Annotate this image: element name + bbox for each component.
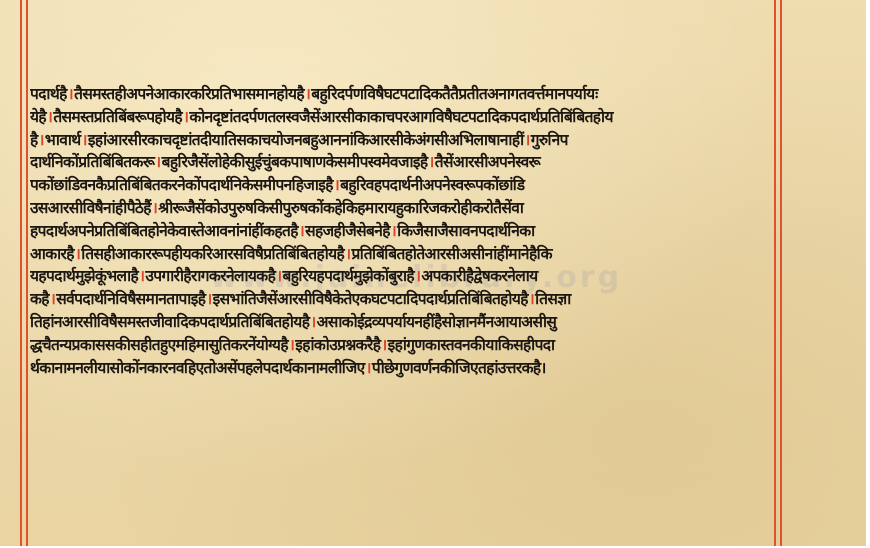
text-segment: पीछेगुणवर्णनकीजिएतहांउत्तरकहै। — [372, 359, 546, 377]
danda-mark: । — [428, 153, 435, 171]
manuscript-line: तिहांनआरसीविषैसमस्तजीवादिकपदार्थप्रतिबिं… — [30, 311, 772, 334]
text-segment: उपगारीहैरागकरनेलायकहै — [145, 267, 275, 285]
text-segment: हपदार्थअपनेप्रतिबिंबितहोनेकेवास्तेआवनांन… — [30, 222, 298, 240]
manuscript-line: आकारहै।तिसहीआकाररूपहीयकरिआरसविषैप्रतिबिं… — [30, 243, 772, 266]
text-segment: है — [30, 131, 38, 149]
danda-mark: । — [67, 85, 74, 103]
text-segment: बहुरिवहपदार्थनीअपनेस्वरूपकोंछांडि — [340, 176, 524, 194]
manuscript-line: पकोंछांडिवनकैप्रतिबिंबितकरनेकोंपदार्थनिक… — [30, 174, 772, 197]
danda-mark: । — [154, 153, 161, 171]
right-margin-rule-outer — [780, 0, 782, 546]
text-segment: भावार्थ — [45, 131, 81, 149]
manuscript-text: पदार्थहै।तैसमस्तहीअपनेआकारकरिप्रतिभासमान… — [30, 83, 772, 379]
manuscript-line: हपदार्थअपनेप्रतिबिंबितहोनेकेवास्तेआवनांन… — [30, 220, 772, 243]
text-segment: पकोंछांडिवनकैप्रतिबिंबितकरनेकोंपदार्थनिक… — [30, 176, 333, 194]
danda-mark: । — [81, 131, 88, 149]
text-segment: पदार्थहै — [30, 85, 67, 103]
text-segment: आकारहै — [30, 245, 74, 263]
text-segment: असाकोईद्रव्यपर्यायनहींहैसोज्ञानमैंनआयाअस… — [317, 313, 557, 331]
manuscript-line: द्धचैतन्यप्रकाससकीसहीतहुएमहिमासुतिकरनेंय… — [30, 334, 772, 357]
text-segment: किजैसाजैसावनपदार्थनिका — [397, 222, 534, 240]
text-segment: बहुरिजैसेंलोहेकीसुईचुंबकपाषाणकेसमीपस्वमे… — [162, 153, 428, 171]
text-segment: तिसहीआकाररूपहीयकरिआरसविषैप्रतिबिंबितहोयह… — [81, 245, 344, 263]
text-segment: बहुरियहपदार्थमुझेकोंबुराहै — [283, 267, 415, 285]
text-segment: उसआरसीविषैनांहीपैठेहैं — [30, 199, 151, 217]
text-segment: तैसमस्तप्रतिबिंबरूपहोयहै — [53, 108, 182, 126]
danda-mark: । — [365, 359, 372, 377]
left-margin-rule-inner — [26, 0, 28, 546]
text-segment: इहांगुणकास्तवनकीयाकिसहीपदा — [388, 336, 555, 354]
manuscript-line: दार्थनिकोंप्रतिबिंबितकरू।बहुरिजैसेंलोहेक… — [30, 151, 772, 174]
text-segment: कहै — [30, 290, 49, 308]
text-segment: इहांआरसीरकाचदृष्टांतदीयातिसकाचयोजनबहुआनन… — [88, 131, 524, 149]
danda-mark: । — [275, 267, 282, 285]
text-segment: अपकारीहैद्वेषकरनेलाय — [421, 267, 537, 285]
danda-mark: । — [205, 290, 212, 308]
manuscript-line: उसआरसीविषैनांहीपैठेहैं।श्रीरूजैसेंकोउपुर… — [30, 197, 772, 220]
text-segment: तैसमस्तहीअपनेआकारकरिप्रतिभासमानहोयहै — [74, 85, 304, 103]
text-segment: तिहांनआरसीविषैसमस्तजीवादिकपदार्थप्रतिबिं… — [30, 313, 309, 331]
text-segment: दार्थनिकोंप्रतिबिंबितकरू — [30, 153, 154, 171]
text-segment: गुरुनिप — [531, 131, 568, 149]
text-segment: तैसेंआरसीअपनेस्वरू — [435, 153, 540, 171]
text-segment: र्थकानामनलीयासोकोंनकारनवहिएतोअसेंपहलेपदा… — [30, 359, 365, 377]
manuscript-line: र्थकानामनलीयासोकोंनकारनवहिएतोअसेंपहलेपदा… — [30, 357, 772, 380]
danda-mark: । — [309, 313, 316, 331]
manuscript-line: यहपदार्थमुझेकूंभलाहै।उपगारीहैरागकरनेलायक… — [30, 265, 772, 288]
manuscript-line: पदार्थहै।तैसमस्तहीअपनेआकारकरिप्रतिभासमान… — [30, 83, 772, 106]
right-margin-rule-inner — [774, 0, 776, 546]
manuscript-line: कहै।सर्वपदार्थनिविषैसमानतापाइहै।इसभांतिज… — [30, 288, 772, 311]
danda-mark: । — [380, 336, 387, 354]
manuscript-line: येहै।तैसमस्तप्रतिबिंबरूपहोयहै।कोनदृष्टां… — [30, 106, 772, 129]
text-segment: इसभांतिजैसेंआरसीविषैकेतेएकघटपटादिपदार्थप… — [213, 290, 528, 308]
left-margin-rule-outer — [20, 0, 22, 546]
manuscript-folio: www.jainelibrary.org पदार्थहै।तैसमस्तहीअ… — [0, 0, 866, 546]
text-segment: बहुरिदर्पणविषैघटपटादिकतैतैप्रतीतअनागतवर्… — [311, 85, 597, 103]
text-segment: सहजहीजैसेबनेहै — [305, 222, 390, 240]
danda-mark: । — [523, 131, 530, 149]
danda-mark: । — [38, 131, 45, 149]
text-segment: यहपदार्थमुझेकूंभलाहै — [30, 267, 138, 285]
text-segment: येहै — [30, 108, 46, 126]
manuscript-line: है।भावार्थ।इहांआरसीरकाचदृष्टांतदीयातिसका… — [30, 129, 772, 152]
text-segment: प्रतिबिंबितहोतेआरसीअसीनांहींमानेहैकि — [351, 245, 551, 263]
text-segment: तिसज्ञा — [535, 290, 570, 308]
text-segment: द्धचैतन्यप्रकाससकीसहीतहुएमहिमासुतिकरनेंय… — [30, 336, 288, 354]
text-segment: श्रीरूजैसेंकोउपुरुषकिसीपुरुषकोंकहेकिहमार… — [158, 199, 523, 217]
text-segment: इहांकोउप्रश्नकरैहै — [295, 336, 380, 354]
text-segment: सर्वपदार्थनिविषैसमानतापाइहै — [56, 290, 205, 308]
text-segment: कोनदृष्टांतदर्पणतलस्वजैसेंआरसीकाकाचपरआगव… — [189, 108, 613, 126]
